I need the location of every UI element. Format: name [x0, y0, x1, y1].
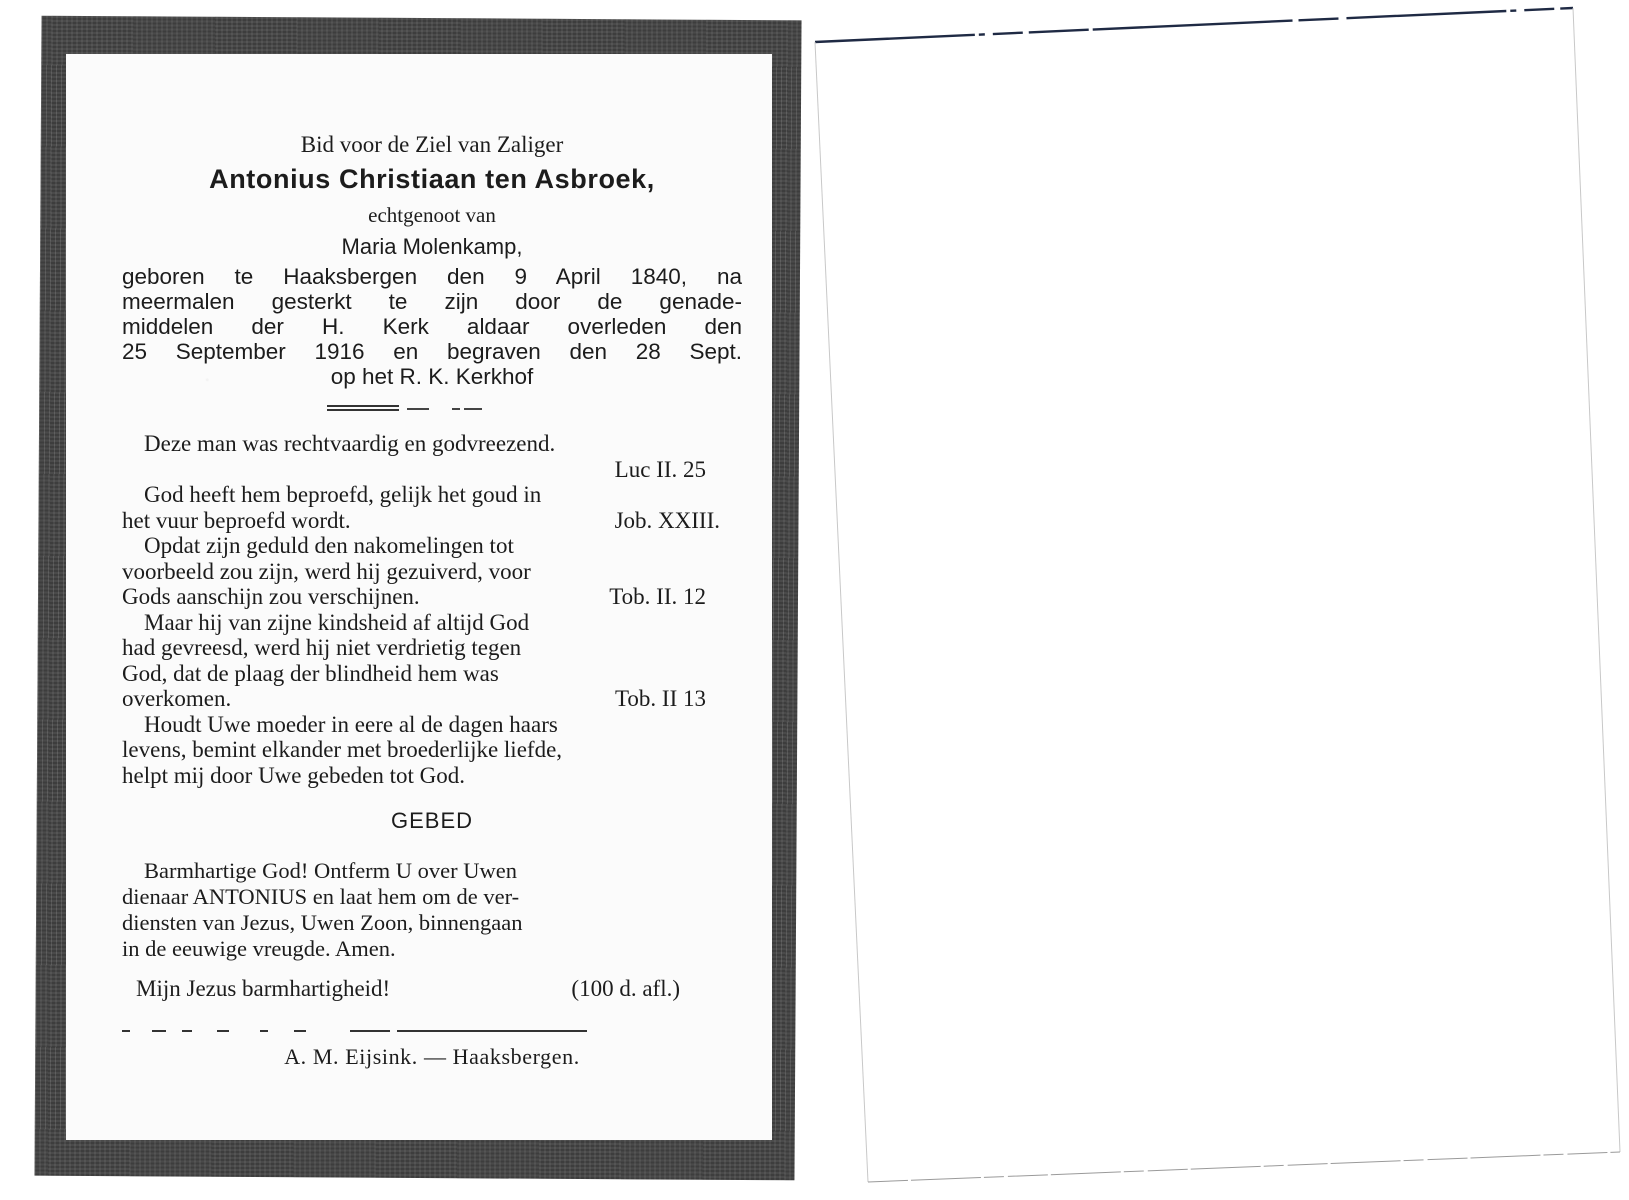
verse-line: overkomen.: [122, 686, 231, 712]
verse-line: Deze man was rechtvaardig en godvreezend…: [122, 431, 742, 457]
scripture-verse: God heeft hem beproefd, gelijk het goud …: [122, 482, 742, 533]
rule-segment: [294, 1030, 306, 1032]
scripture-verse: Maar hij van zijne kindsheid af altijd G…: [122, 610, 742, 712]
verse-line: God heeft hem beproefd, gelijk het goud …: [122, 482, 742, 508]
rule-segment: [182, 1030, 192, 1032]
card-bottom-edge: [868, 1152, 1620, 1182]
rule-segment: [152, 1030, 166, 1032]
verse-reference: Luc II. 25: [122, 457, 742, 483]
verse-line: Maar hij van zijne kindsheid af altijd G…: [122, 610, 742, 636]
verse-line: voorbeeld zou zijn, werd hij gezuiverd, …: [122, 559, 742, 585]
rule-segment: [260, 1030, 268, 1032]
verse-reference: Tob. II. 12: [609, 584, 742, 610]
ejaculation: Mijn Jezus barmhartigheid!: [136, 976, 390, 1002]
divider-double-rule: [327, 405, 399, 411]
verse-line: Gods aanschijn zou verschijnen.: [122, 584, 420, 610]
card-right-edge: [1573, 8, 1620, 1152]
footer-rule: [122, 1024, 742, 1038]
rule-segment: [122, 1030, 130, 1032]
deceased-name: Antonius Christiaan ten Asbroek,: [122, 166, 742, 192]
prayer: Barmhartige God! Ontferm U over Uwen die…: [122, 858, 742, 962]
divider-dash: [452, 408, 460, 410]
rule-segment: [397, 1030, 587, 1032]
memorial-card-front: Bid voor de Ziel van Zaliger Antonius Ch…: [34, 16, 801, 1181]
memorial-card-paper: Bid voor de Ziel van Zaliger Antonius Ch…: [66, 54, 772, 1140]
memorial-text: Bid voor de Ziel van Zaliger Antonius Ch…: [122, 132, 742, 1070]
printer-imprint: A. M. Eijsink. — Haaksbergen.: [122, 1044, 742, 1070]
biography-line: middelen der H. Kerk aldaar overleden de…: [122, 314, 742, 339]
ornamental-divider: [122, 395, 742, 419]
closing-words: Houdt Uwe moeder in eere al de dagen haa…: [122, 712, 742, 789]
divider-dash: [407, 408, 429, 410]
verse-line: het vuur beproefd wordt.: [122, 508, 351, 534]
prayer-line: Barmhartige God! Ontferm U over Uwen: [122, 858, 742, 884]
prayer-line: dienaar ANTONIUS en laat hem om de ver-: [122, 884, 742, 910]
prayer-line: in de eeuwige vreugde. Amen.: [122, 936, 742, 962]
biography-line: op het R. K. Kerkhof: [122, 364, 742, 389]
card-top-edge: [815, 8, 1573, 42]
verse-line: Opdat zijn geduld den nakomelingen tot: [122, 533, 742, 559]
card-left-edge: [815, 42, 868, 1182]
verse-reference: Job. XXIII.: [615, 508, 742, 534]
verse-reference: Tob. II 13: [615, 686, 742, 712]
spouse-label: echtgenoot van: [122, 202, 742, 228]
verse-line: had gevreesd, werd hij niet verdrietig t…: [122, 635, 742, 661]
verse-line-with-ref: overkomen. Tob. II 13: [122, 686, 742, 712]
rule-segment: [217, 1030, 229, 1032]
ejaculation-row: Mijn Jezus barmhartigheid! (100 d. afl.): [122, 976, 742, 1002]
biography: geboren te Haaksbergen den 9 April 1840,…: [122, 264, 742, 389]
verse-line: levens, bemint elkander met broederlijke…: [122, 737, 742, 763]
verse-line-with-ref: Gods aanschijn zou verschijnen. Tob. II.…: [122, 584, 742, 610]
verse-line-with-ref: het vuur beproefd wordt. Job. XXIII.: [122, 508, 742, 534]
biography-line: 25 September 1916 en begraven den 28 Sep…: [122, 339, 742, 364]
prayer-line: diensten van Jezus, Uwen Zoon, binnengaa…: [122, 910, 742, 936]
rule-segment: [350, 1030, 390, 1032]
prayer-title: GEBED: [122, 808, 742, 834]
divider-dash: [464, 408, 482, 410]
scripture-verse: Opdat zijn geduld den nakomelingen tot v…: [122, 533, 742, 610]
biography-line: geboren te Haaksbergen den 9 April 1840,…: [122, 264, 742, 289]
scripture-verse: Deze man was rechtvaardig en godvreezend…: [122, 431, 742, 482]
biography-line: meermalen gesterkt te zijn door de genad…: [122, 289, 742, 314]
verse-line: helpt mij door Uwe gebeden tot God.: [122, 763, 742, 789]
spouse-name: Maria Molenkamp,: [122, 234, 742, 260]
indulgence: (100 d. afl.): [571, 976, 680, 1002]
verse-line: God, dat de plaag der blindheid hem was: [122, 661, 742, 687]
prayer-heading: Bid voor de Ziel van Zaliger: [122, 132, 742, 158]
verse-line: Houdt Uwe moeder in eere al de dagen haa…: [122, 712, 742, 738]
